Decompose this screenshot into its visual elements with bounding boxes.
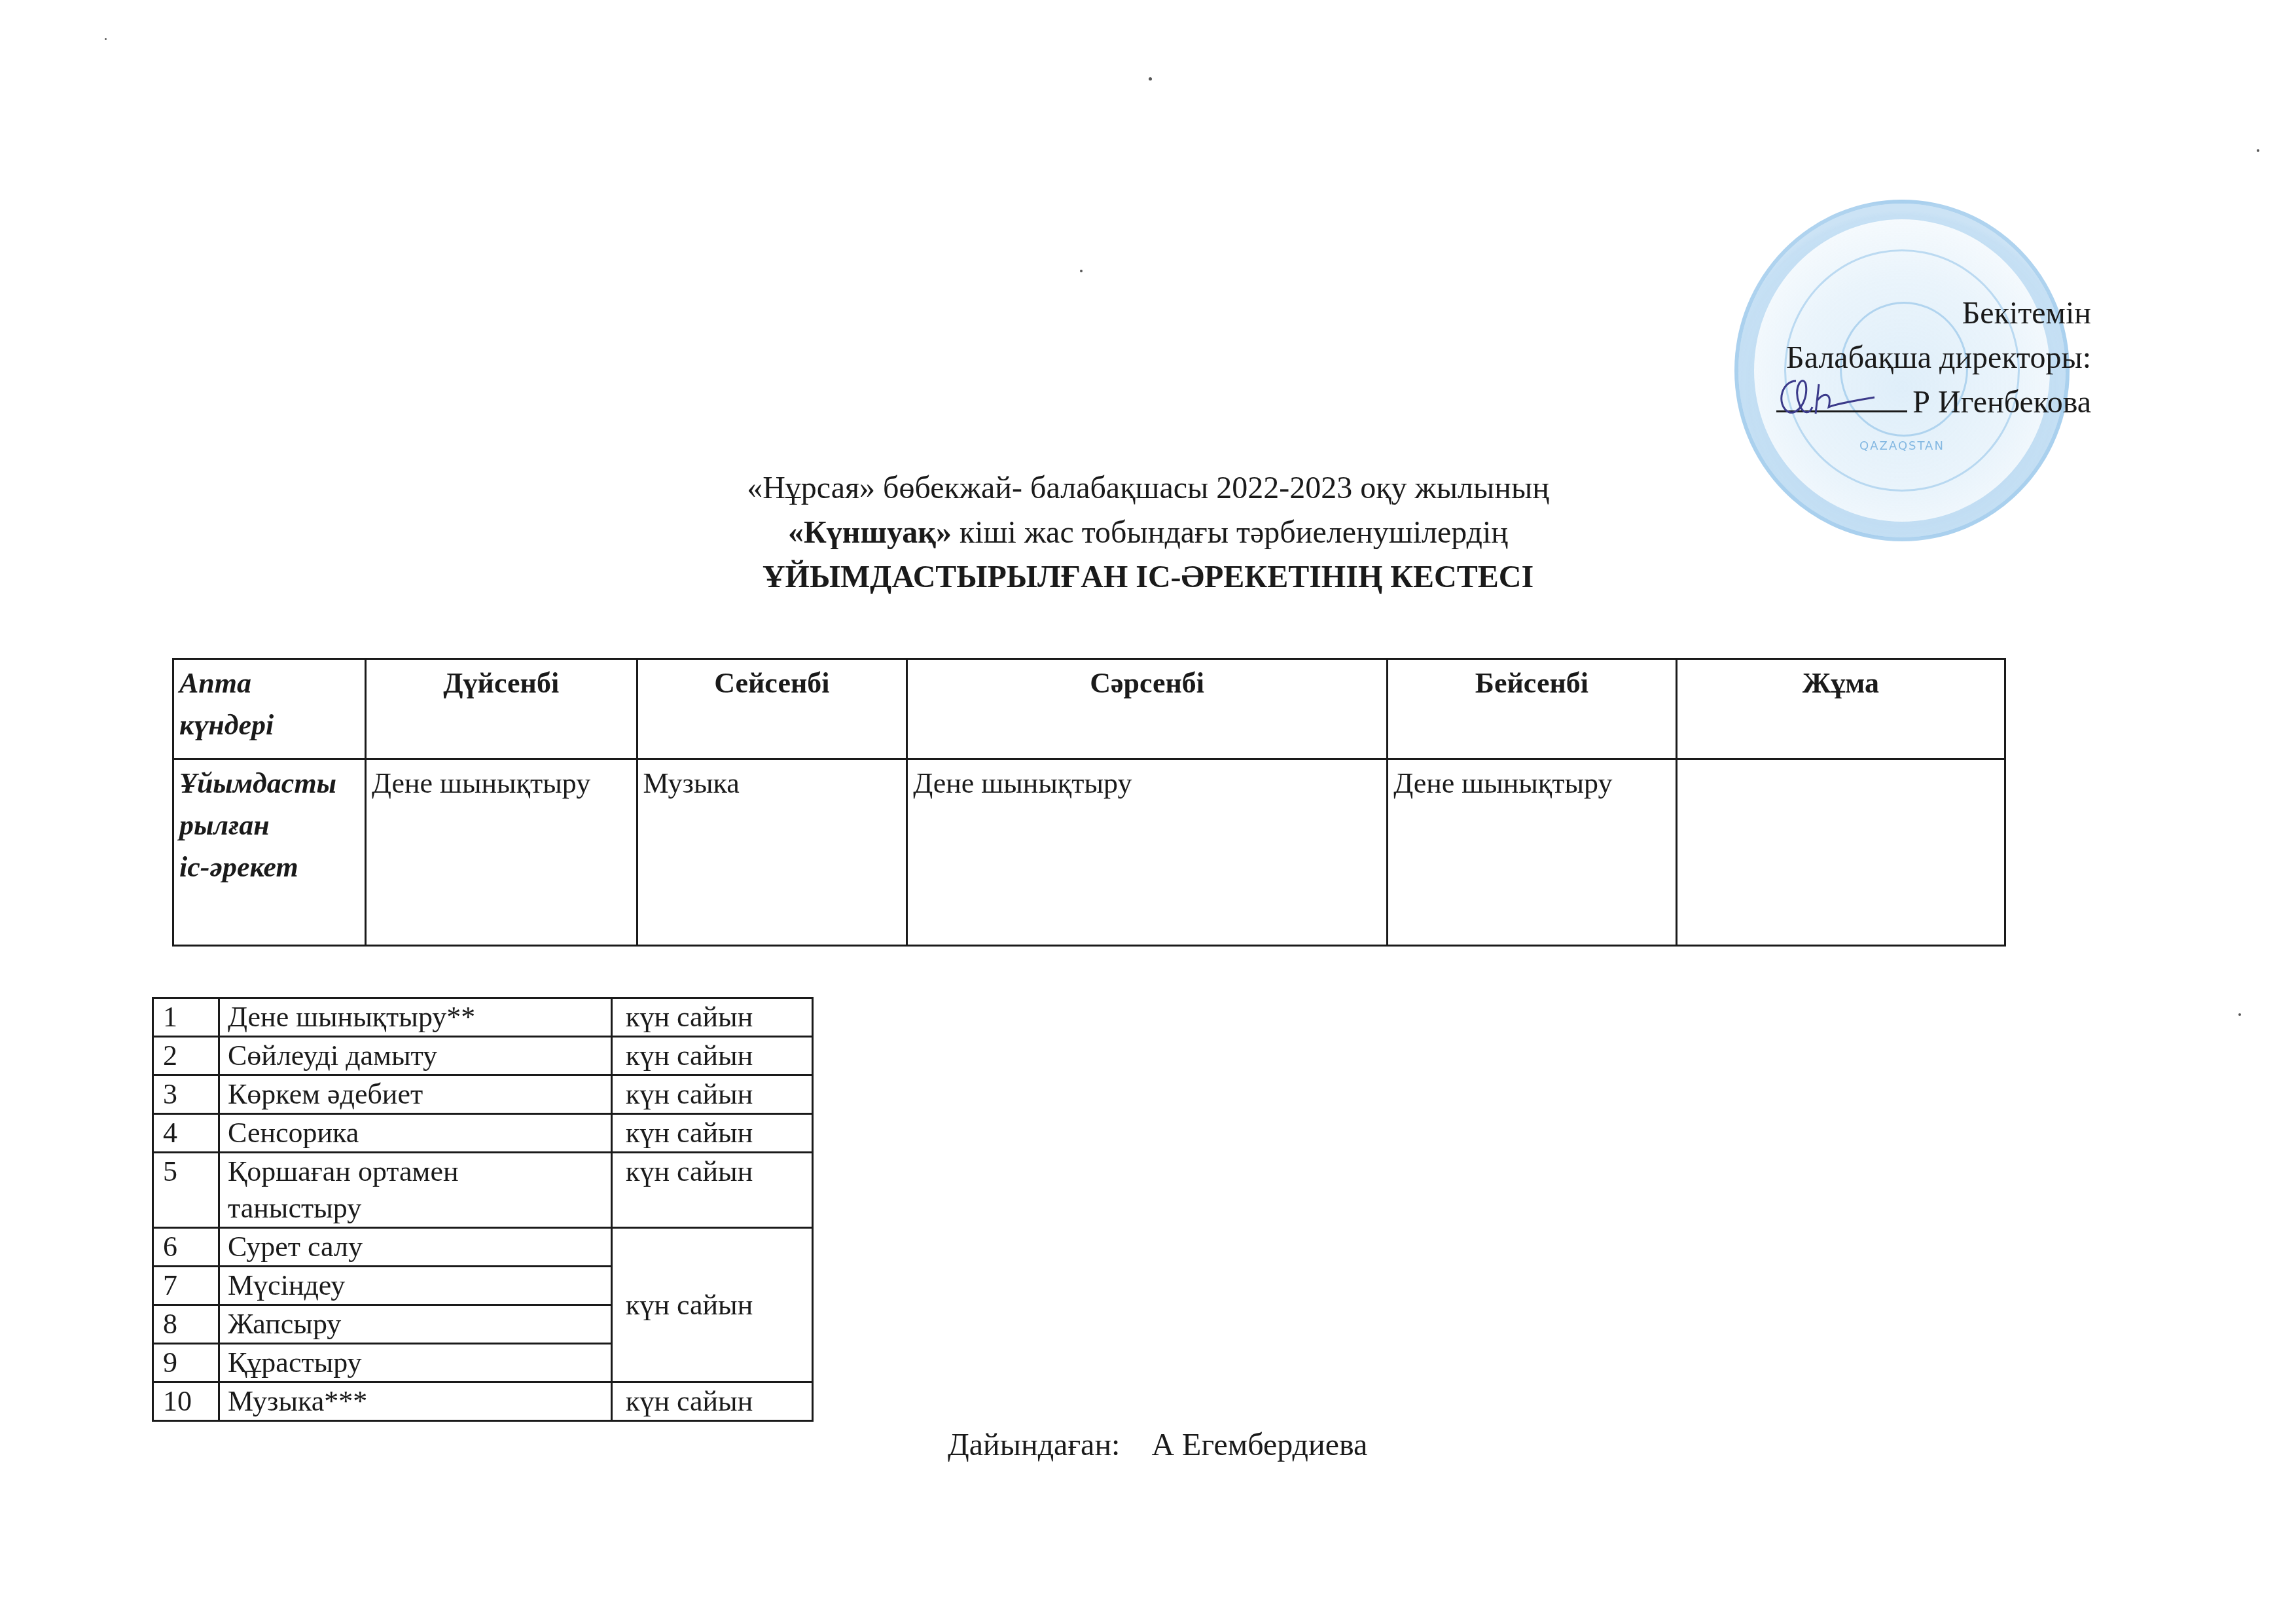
approval-block: Бекітемін Балабақша директоры: Р Игенбек… (1776, 291, 2091, 425)
subject-number: 1 (153, 998, 219, 1037)
scan-speck (105, 38, 107, 40)
subject-name: Музыка*** (219, 1382, 612, 1421)
table-row: 10 Музыка*** күн сайын (153, 1382, 813, 1421)
activity-thursday: Дене шынықтыру (1388, 759, 1677, 946)
subject-frequency: күн сайын (612, 1075, 813, 1114)
scan-speck (1149, 77, 1152, 81)
scan-speck (2238, 1013, 2241, 1016)
subject-name: Сурет салу (219, 1228, 612, 1267)
table-row: 3 Көркем әдебиет күн сайын (153, 1075, 813, 1114)
schedule-header-row: Апта күндері Дүйсенбі Сейсенбі Сәрсенбі … (173, 659, 2005, 759)
table-row: 1 Дене шынықтыру** күн сайын (153, 998, 813, 1037)
week-days-header: Апта күндері (173, 659, 366, 759)
subject-number: 2 (153, 1037, 219, 1075)
day-header-monday: Дүйсенбі (365, 659, 637, 759)
subject-name: Дене шынықтыру** (219, 998, 612, 1037)
table-row: 4 Сенсорика күн сайын (153, 1114, 813, 1153)
subject-number: 3 (153, 1075, 219, 1114)
document-title: «Нұрсая» бөбекжай- балабақшасы 2022-2023… (0, 466, 2296, 600)
subject-name: Жапсыру (219, 1305, 612, 1344)
table-row: 6 Сурет салу күн сайын (153, 1228, 813, 1267)
subject-name: Қоршаған ортамен таныстыру (219, 1153, 612, 1228)
subject-frequency: күн сайын (612, 1153, 813, 1228)
subject-number: 5 (153, 1153, 219, 1228)
subject-name-line1: Қоршаған ортамен (228, 1153, 603, 1190)
day-header-wednesday: Сәрсенбі (907, 659, 1388, 759)
week-days-header-line2: күндері (179, 704, 359, 746)
approval-position: Балабақша директоры: (1776, 336, 2091, 380)
organized-activity-header: Ұйымдасты рылған іс-әрекет (173, 759, 366, 946)
title-line-2-rest: кіші жас тобындағы тәрбиеленушілердің (952, 515, 1508, 550)
subject-name: Құрастыру (219, 1344, 612, 1382)
stamp-emblem-text: QAZAQSTAN (1853, 439, 1951, 453)
subject-number: 8 (153, 1305, 219, 1344)
subject-number: 4 (153, 1114, 219, 1153)
day-header-friday: Жұма (1676, 659, 2005, 759)
subject-frequency: күн сайын (612, 998, 813, 1037)
prepared-label: Дайындаған: (948, 1428, 1120, 1462)
subject-name: Сенсорика (219, 1114, 612, 1153)
scan-speck (1080, 270, 1083, 272)
subject-name: Сөйлеуді дамыту (219, 1037, 612, 1075)
subject-name-line2: таныстыру (228, 1190, 603, 1227)
approval-signature-line: Р Игенбекова (1776, 380, 2091, 425)
table-row: 2 Сөйлеуді дамыту күн сайын (153, 1037, 813, 1075)
signature-line (1776, 410, 1907, 412)
subject-name: Көркем әдебиет (219, 1075, 612, 1114)
activity-tuesday: Музыка (637, 759, 907, 946)
subject-frequency: күн сайын (612, 1382, 813, 1421)
subject-frequency-merged: күн сайын (612, 1228, 813, 1382)
prepared-by-line: Дайындаған: А Егембердиева (948, 1426, 1367, 1465)
approval-heading: Бекітемін (1776, 291, 2091, 336)
subject-frequency: күн сайын (612, 1114, 813, 1153)
activity-wednesday: Дене шынықтыру (907, 759, 1388, 946)
organized-activity-header-line1: Ұйымдасты (179, 763, 359, 804)
weekly-schedule-table: Апта күндері Дүйсенбі Сейсенбі Сәрсенбі … (172, 658, 2006, 947)
subjects-frequency-table: 1 Дене шынықтыру** күн сайын 2 Сөйлеуді … (152, 997, 814, 1422)
title-line-3: ҰЙЫМДАСТЫРЫЛҒАН ІС-ӘРЕКЕТІНІҢ КЕСТЕСІ (0, 555, 2296, 600)
activity-monday: Дене шынықтыру (365, 759, 637, 946)
organized-activity-header-line2: рылған (179, 804, 359, 846)
subject-number: 10 (153, 1382, 219, 1421)
day-header-thursday: Бейсенбі (1388, 659, 1677, 759)
day-header-tuesday: Сейсенбі (637, 659, 907, 759)
table-row: 5 Қоршаған ортамен таныстыру күн сайын (153, 1153, 813, 1228)
week-days-header-line1: Апта (179, 662, 359, 704)
subject-number: 7 (153, 1267, 219, 1305)
subject-number: 9 (153, 1344, 219, 1382)
activity-friday (1676, 759, 2005, 946)
subject-name: Мүсіндеу (219, 1267, 612, 1305)
subject-number: 6 (153, 1228, 219, 1267)
handwritten-signature-icon (1770, 374, 1901, 420)
group-name: «Күншуақ» (788, 515, 952, 550)
scan-speck (2257, 149, 2259, 152)
subject-frequency: күн сайын (612, 1037, 813, 1075)
prepared-by-name: А Егембердиева (1151, 1428, 1367, 1462)
organized-activity-header-line3: іс-әрекет (179, 846, 359, 888)
title-line-1: «Нұрсая» бөбекжай- балабақшасы 2022-2023… (0, 466, 2296, 511)
schedule-activity-row: Ұйымдасты рылған іс-әрекет Дене шынықтыр… (173, 759, 2005, 946)
director-name: Р Игенбекова (1912, 385, 2091, 420)
title-line-2: «Күншуақ» кіші жас тобындағы тәрбиеленуш… (0, 511, 2296, 555)
